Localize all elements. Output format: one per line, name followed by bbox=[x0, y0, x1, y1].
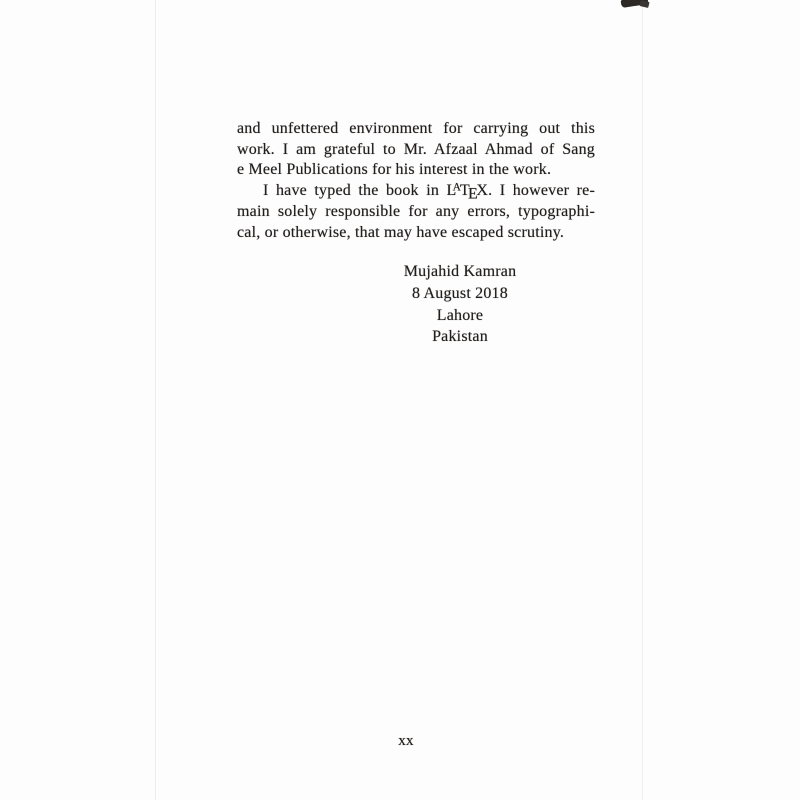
latex-line-prefix: I have typed the book in bbox=[263, 182, 446, 199]
body-text-line: cal, or otherwise, that may have escaped… bbox=[237, 223, 595, 244]
latex-logo-letter: E bbox=[468, 184, 478, 205]
acknowledgement-paragraph: and unfettered environment for carrying … bbox=[237, 119, 595, 181]
signature-country: Pakistan bbox=[350, 326, 570, 348]
preface-text-block: and unfettered environment for carrying … bbox=[237, 119, 595, 243]
ink-smudge-tip bbox=[639, 0, 649, 8]
page-fold-line-right bbox=[642, 0, 643, 800]
body-text-line: I have typed the book in LATEX. I howeve… bbox=[237, 181, 595, 203]
page-fold-line-left bbox=[155, 0, 156, 800]
latex-logo-letter: A bbox=[453, 177, 462, 198]
page-number: xx bbox=[386, 733, 426, 750]
signature-date: 8 August 2018 bbox=[350, 283, 570, 305]
signature-block: Mujahid Kamran 8 August 2018 Lahore Paki… bbox=[350, 261, 570, 348]
latex-paragraph: I have typed the book in LATEX. I howeve… bbox=[237, 181, 595, 244]
body-text-line: main solely responsible for any errors, … bbox=[237, 202, 595, 223]
signature-name: Mujahid Kamran bbox=[350, 261, 570, 283]
latex-line-suffix: . I however re- bbox=[488, 182, 595, 199]
body-text-line: e Meel Publications for his interest in … bbox=[237, 160, 595, 181]
latex-logo: LATEX bbox=[446, 182, 488, 199]
signature-city: Lahore bbox=[350, 305, 570, 327]
latex-logo-letter: X bbox=[476, 182, 488, 199]
body-text-line: and unfettered environment for carrying … bbox=[237, 119, 595, 140]
body-text-line: work. I am grateful to Mr. Afzaal Ahmad … bbox=[237, 140, 595, 161]
